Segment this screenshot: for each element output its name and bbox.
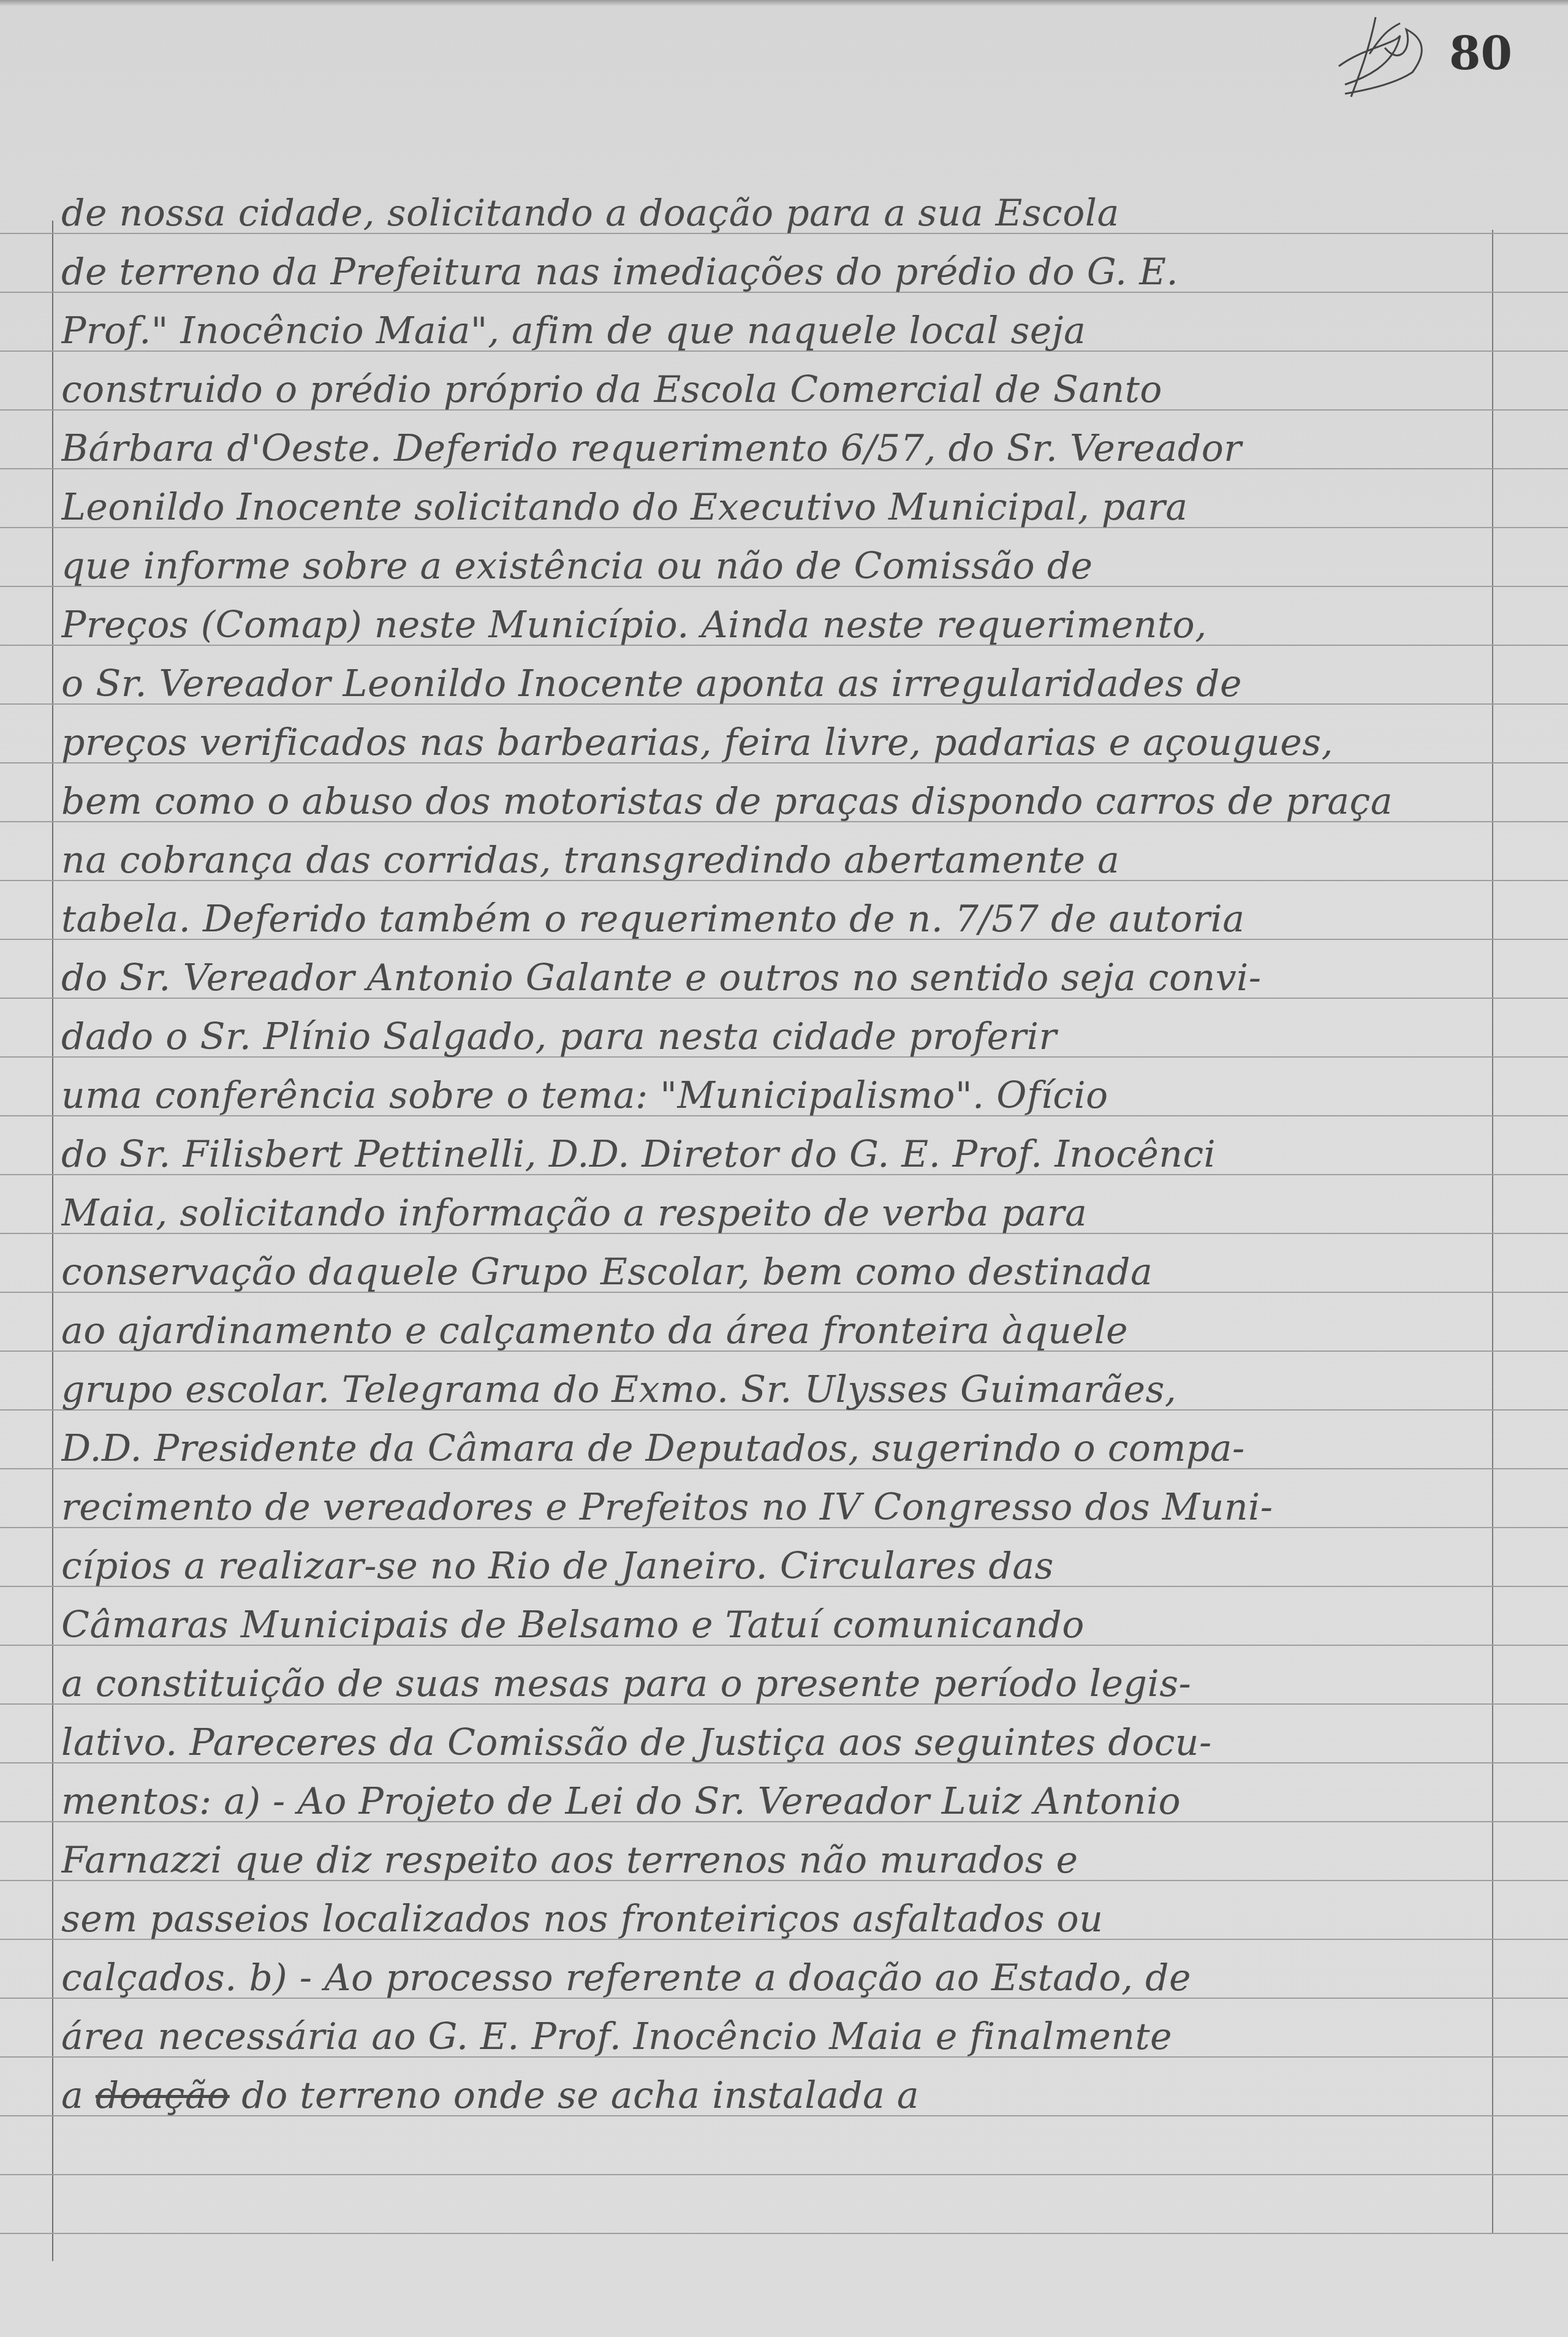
ruled-line [0, 2174, 1568, 2175]
text-line: que informe sobre a existência ou não de… [61, 537, 1483, 596]
right-margin-line [1492, 230, 1493, 2233]
text-line: mentos: a) - Ao Projeto de Lei do Sr. Ve… [61, 1772, 1483, 1831]
text-line: cípios a realizar-se no Rio de Janeiro. … [61, 1537, 1483, 1596]
ledger-page: 80 de nossa cidade, solicitando a doação… [0, 0, 1568, 2337]
text-line: construido o prédio próprio da Escola Co… [61, 360, 1483, 419]
text-line: dado o Sr. Plínio Salgado, para nesta ci… [61, 1007, 1483, 1066]
text-line: Câmaras Municipais de Belsamo e Tatuí co… [61, 1596, 1483, 1654]
text-line: calçados. b) - Ao processo referente a d… [61, 1949, 1483, 2007]
page-number: 80 [1449, 28, 1512, 80]
text-line: lativo. Pareceres da Comissão de Justiça… [61, 1713, 1483, 1772]
ruled-line [0, 2233, 1568, 2234]
text-line: tabela. Deferido também o requerimento d… [61, 890, 1483, 949]
text-line-last: a doação do terreno onde se acha instala… [61, 2066, 1483, 2125]
text-line: bem como o abuso dos motoristas de praça… [61, 772, 1483, 831]
handwritten-text-block: de nossa cidade, solicitando a doação pa… [61, 184, 1483, 2125]
signature-rubric-icon [1327, 11, 1449, 103]
text-line: D.D. Presidente da Câmara de Deputados, … [61, 1419, 1483, 1478]
text-line: o Sr. Vereador Leonildo Inocente aponta … [61, 654, 1483, 713]
text-line: ao ajardinamento e calçamento da área fr… [61, 1301, 1483, 1360]
last-line-start: a [61, 2074, 96, 2117]
text-line: recimento de vereadores e Prefeitos no I… [61, 1478, 1483, 1537]
text-line: Farnazzi que diz respeito aos terrenos n… [61, 1831, 1483, 1890]
scan-edge-shadow [0, 0, 1568, 6]
text-line: grupo escolar. Telegrama do Exmo. Sr. Ul… [61, 1360, 1483, 1419]
text-line: de nossa cidade, solicitando a doação pa… [61, 184, 1483, 243]
text-line: do Sr. Vereador Antonio Galante e outros… [61, 949, 1483, 1007]
text-line: a constituição de suas mesas para o pres… [61, 1654, 1483, 1713]
text-line: uma conferência sobre o tema: "Municipal… [61, 1066, 1483, 1125]
text-line: na cobrança das corridas, transgredindo … [61, 831, 1483, 890]
text-line: sem passeios localizados nos fronteiriço… [61, 1890, 1483, 1949]
text-line: Bárbara d'Oeste. Deferido requerimento 6… [61, 419, 1483, 478]
text-line: área necessária ao G. E. Prof. Inocêncio… [61, 2007, 1483, 2066]
last-line-end: do terreno onde se acha instalada a [230, 2074, 919, 2117]
text-line: Preços (Comap) neste Município. Ainda ne… [61, 596, 1483, 654]
text-line: de terreno da Prefeitura nas imediações … [61, 243, 1483, 301]
text-line: Maia, solicitando informação a respeito … [61, 1184, 1483, 1243]
text-line: Prof." Inocêncio Maia", afim de que naqu… [61, 301, 1483, 360]
text-line: Leonildo Inocente solicitando do Executi… [61, 478, 1483, 537]
text-line: conservação daquele Grupo Escolar, bem c… [61, 1243, 1483, 1301]
struck-word: doação [96, 2074, 230, 2117]
text-line: do Sr. Filisbert Pettinelli, D.D. Direto… [61, 1125, 1483, 1184]
text-line: preços verificados nas barbearias, feira… [61, 713, 1483, 772]
